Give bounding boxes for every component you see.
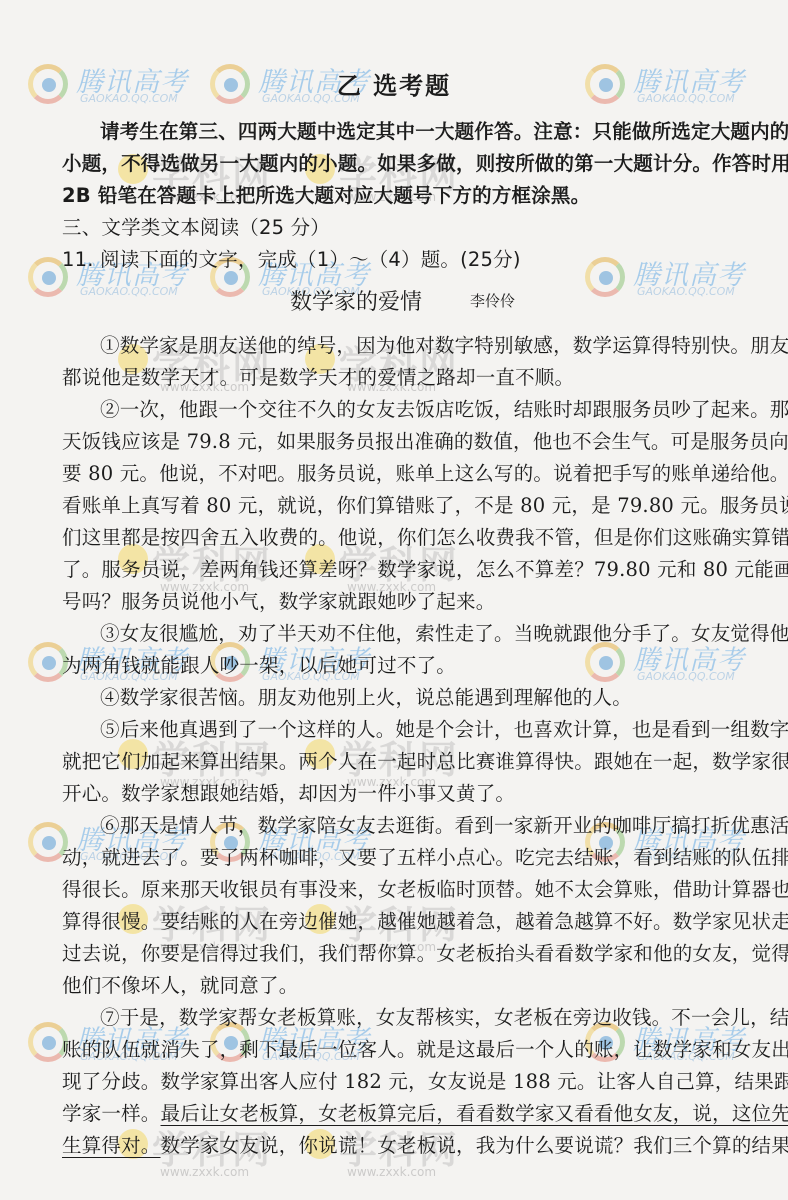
instruction-line: 请考生在第三、四两大题中选定其中一大题作答。注意：只能做所选定大题内的 <box>100 120 780 144</box>
story-line: ②一次，他跟一个交往不久的女友去饭店吃饭，结账时却跟服务员吵了起来。那 <box>100 398 780 422</box>
story-line: ⑥那天是情人节，数学家陪女友去逛街。看到一家新开业的咖啡厅搞打折优惠活 <box>100 814 780 838</box>
question-prompt: 11. 阅读下面的文字，完成（1）～（4）题。(25分) <box>62 248 742 272</box>
story-line: 账的队伍就消失了，剩下最后一位客人。就是这最后一个人的账，让数学家和女友出 <box>62 1038 742 1062</box>
story-line: 号吗？服务员说他小气，数学家就跟她吵了起来。 <box>62 590 742 614</box>
story-line: 现了分歧。数学家算出客人应付 182 元，女友说是 188 元。让客人自己算，结… <box>62 1070 742 1094</box>
story-line: ⑦于是，数学家帮女老板算账，女友帮核实，女老板在旁边收钱。不一会儿，结 <box>100 1006 780 1030</box>
story-line: 开心。数学家想跟她结婚，却因为一件小事又黄了。 <box>62 782 742 806</box>
underlined-passage: 最后让女老板算，女老板算完后，看看数学家又看看他女友，说，这位先 <box>161 1102 788 1125</box>
exam-page: 腾讯高考GAOKAO.QQ.COM 腾讯高考GAOKAO.QQ.COM 腾讯高考… <box>0 0 788 1200</box>
story-line: 看账单上真写着 80 元，就说，你们算错账了，不是 80 元，是 79.80 元… <box>62 494 742 518</box>
story-line: 要 80 元。他说，不对吧。服务员说，账单上这么写的。说着把手写的账单递给他。他 <box>62 462 742 486</box>
part-heading: 三、文学类文本阅读（25 分） <box>62 216 742 240</box>
story-line: 天饭钱应该是 79.8 元，如果服务员报出准确的数值，他也不会生气。可是服务员向… <box>62 430 742 454</box>
story-line: 了。服务员说，差两角钱还算差呀？数学家说，怎么不算差？79.80 元和 80 元… <box>62 558 742 582</box>
section-title: 乙 选考题 <box>0 66 788 101</box>
story-line-underlined: 学家一样。最后让女老板算，女老板算完后，看看数学家又看看他女友，说，这位先 <box>62 1102 742 1126</box>
story-line: 动，就进去了。要了两杯咖啡，又要了五样小点心。吃完去结账，看到结账的队伍排 <box>62 846 742 870</box>
story-line: 算得很慢。要结账的人在旁边催她，越催她越着急，越着急越算不好。数学家见状走 <box>62 910 742 934</box>
story-line: 们这里都是按四舍五入收费的。他说，你们怎么收费我不管，但是你们这账确实算错 <box>62 526 742 550</box>
story-line: 他们不像坏人，就同意了。 <box>62 974 742 998</box>
story-line: 为两角钱就能跟人吵一架，以后她可过不了。 <box>62 654 742 678</box>
instruction-line: 小题，不得选做另一大题内的小题。如果多做，则按所做的第一大题计分。作答时用 <box>62 152 742 176</box>
story-line: ④数学家很苦恼。朋友劝他别上火，说总能遇到理解他的人。 <box>100 686 780 710</box>
underlined-passage: 生算得对。 <box>62 1134 161 1157</box>
story-line: 得很长。原来那天收银员有事没来，女老板临时顶替。她不太会算账，借助计算器也 <box>62 878 742 902</box>
story-line: ⑤后来他真遇到了一个这样的人。她是个会计，也喜欢计算，也是看到一组数字 <box>100 718 780 742</box>
story-line: ①数学家是朋友送他的绰号，因为他对数字特别敏感，数学运算得特别快。朋友 <box>100 334 780 358</box>
story-title: 数学家的爱情 <box>290 285 422 316</box>
story-line: 就把它们加起来算出结果。两个人在一起时总比赛谁算得快。跟她在一起，数学家很 <box>62 750 742 774</box>
instruction-line: 2B 铅笔在答题卡上把所选大题对应大题号下方的方框涂黑。 <box>62 184 742 208</box>
story-line: 过去说，你要是信得过我们，我们帮你算。女老板抬头看看数学家和他的女友，觉得 <box>62 942 742 966</box>
story-line-underlined: 生算得对。数学家女友说，你说谎！女老板说，我为什么要说谎？我们三个算的结果 <box>62 1134 742 1158</box>
story-line: 都说他是数学天才。可是数学天才的爱情之路却一直不顺。 <box>62 366 742 390</box>
story-line: ③女友很尴尬，劝了半天劝不住他，索性走了。当晚就跟他分手了。女友觉得他 <box>100 622 780 646</box>
story-author: 李伶伶 <box>470 290 515 311</box>
